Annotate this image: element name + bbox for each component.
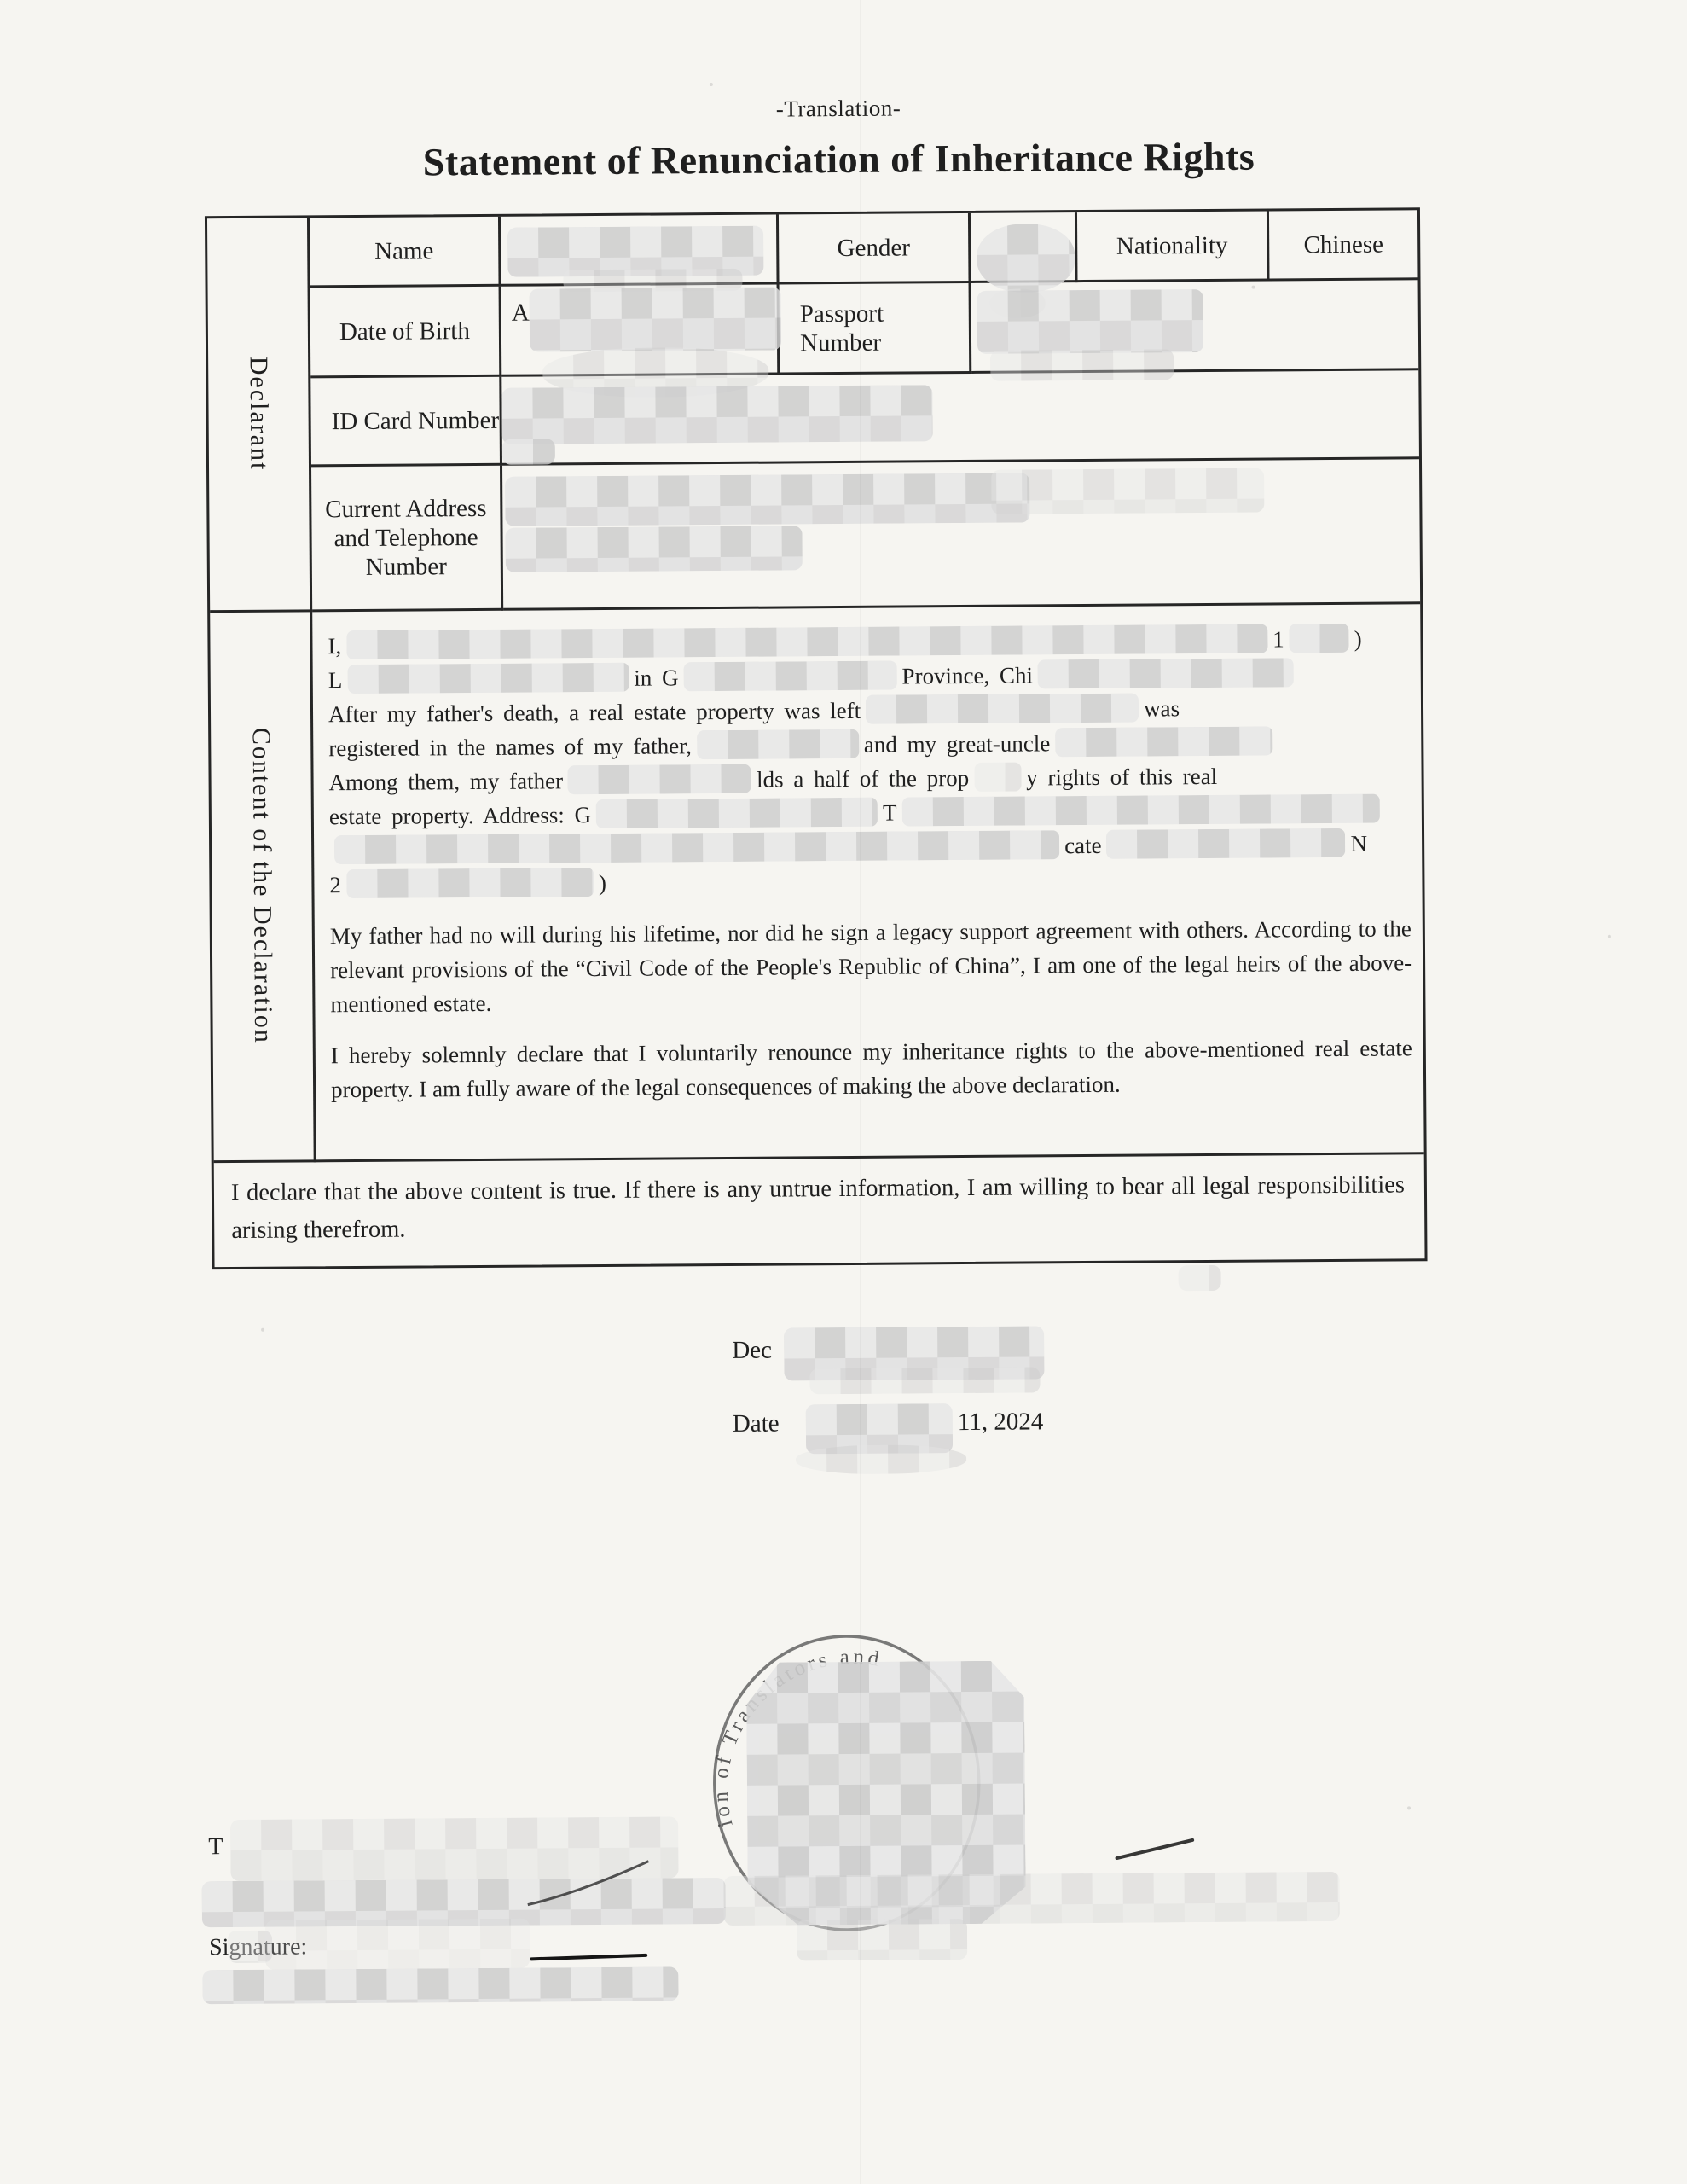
- redaction-inline: [901, 794, 1379, 827]
- content-line: 2): [329, 860, 1408, 902]
- content-text-fragment: Among them, my father: [328, 768, 563, 795]
- redaction-small-blob: [1179, 1265, 1221, 1291]
- content-text-fragment: ): [1354, 626, 1362, 652]
- redaction-inline: [1290, 624, 1349, 653]
- declarant-signoff-fragment: Dec: [732, 1337, 772, 1365]
- content-text-fragment: N: [1350, 831, 1367, 857]
- dob-visible-fragment: A: [512, 299, 530, 327]
- passport-label: Passport Number: [780, 283, 972, 375]
- redaction-inline: [866, 694, 1139, 724]
- content-paragraph-1: I,1)Lin GProvince, ChiAfter my father's …: [328, 621, 1408, 902]
- declarant-section-label: Declarant: [207, 218, 312, 613]
- redaction-inline: [1055, 726, 1272, 757]
- redaction-inline: [596, 798, 878, 828]
- redaction-dob: [530, 287, 782, 351]
- redaction-inline: [568, 764, 751, 795]
- gender-label: Gender: [779, 213, 971, 285]
- content-text-fragment: and my great-uncle: [864, 730, 1051, 758]
- redaction-inline: [697, 729, 859, 759]
- translator-line-fragment: T: [208, 1833, 223, 1861]
- content-text-fragment: T: [883, 800, 897, 826]
- redaction-inline: [1038, 658, 1294, 688]
- redaction-passport-tail: [990, 349, 1174, 381]
- date-value: 11, 2024: [958, 1408, 1044, 1437]
- redaction-date-tail: [796, 1444, 966, 1474]
- redaction-inline: [347, 663, 629, 694]
- redaction-gender: [977, 224, 1075, 293]
- content-paragraph-2: My father had no will during his lifetim…: [330, 911, 1412, 1021]
- redaction-inline: [1106, 828, 1345, 859]
- content-text-fragment: 1: [1272, 626, 1284, 652]
- nationality-label: Nationality: [1077, 211, 1270, 282]
- document-page: -Translation- Statement of Renunciation …: [0, 0, 1687, 2184]
- redaction-signature-veil: [265, 1919, 530, 1970]
- content-section-label: Content of the Declaration: [210, 612, 316, 1163]
- content-text-fragment: lds a half of the prop: [757, 765, 969, 793]
- content-text-fragment: I,: [328, 633, 341, 659]
- translation-marker: -Translation-: [0, 90, 1682, 128]
- redaction-address-line1: [505, 473, 1029, 526]
- document-title: Statement of Renunciation of Inheritance…: [0, 131, 1683, 188]
- content-text-fragment: 2: [329, 872, 341, 897]
- redaction-id-card: [501, 385, 932, 444]
- redaction-inline: [683, 661, 896, 692]
- address-label: Current Address and Telephone Number: [311, 466, 503, 613]
- declaration-content-cell: I,1)Lin GProvince, ChiAfter my father's …: [312, 604, 1423, 1162]
- id-card-label: ID Card Number: [310, 377, 502, 468]
- content-text-fragment: in G: [634, 665, 678, 690]
- redaction-passport: [977, 289, 1204, 354]
- content-text-fragment: L: [328, 667, 343, 693]
- redaction-inline: [346, 868, 594, 898]
- declaration-form-table: Declarant Content of the Declaration Nam…: [205, 207, 1428, 1269]
- name-label: Name: [310, 217, 501, 288]
- content-text-fragment: was: [1144, 695, 1180, 721]
- content-text-fragment: cate: [1064, 833, 1102, 858]
- content-text-fragment: y rights of this real: [1026, 764, 1217, 791]
- scan-speck: [1407, 1806, 1411, 1809]
- redaction-inline: [334, 830, 1059, 864]
- scan-speck: [1608, 935, 1611, 938]
- redaction-declarant-name-tail: [809, 1367, 1040, 1394]
- content-text-fragment: registered in the names of my father,: [328, 733, 692, 761]
- truth-declaration-text: I declare that the above content is true…: [231, 1166, 1406, 1250]
- nationality-value: Chinese: [1269, 210, 1418, 281]
- redaction-inline: [346, 624, 1267, 660]
- redaction-right-bar: [724, 1872, 1340, 1926]
- redaction-signature-name: [202, 1966, 678, 2004]
- scan-speck: [1252, 286, 1255, 289]
- redaction-stamp-tail: [797, 1919, 967, 1960]
- scan-speck: [710, 83, 713, 86]
- signature-swoosh: [520, 1855, 657, 1915]
- content-text-fragment: After my father's death, a real estate p…: [328, 698, 861, 727]
- truth-declaration-row: I declare that the above content is true…: [214, 1154, 1425, 1267]
- scan-speck: [261, 1328, 264, 1332]
- content-text-fragment: Province, Chi: [901, 662, 1033, 688]
- redaction-address-line2: [506, 526, 803, 572]
- dob-label: Date of Birth: [310, 287, 502, 379]
- redaction-id-card-tail: [502, 439, 555, 464]
- content-text-fragment: estate property. Address: G: [329, 802, 591, 829]
- content-text-fragment: ): [599, 870, 606, 896]
- content-paragraph-3: I hereby solemnly declare that I volunta…: [331, 1031, 1413, 1107]
- date-label: Date: [733, 1410, 780, 1438]
- pen-stroke: [1115, 1838, 1194, 1861]
- signature-line: [530, 1954, 647, 1961]
- redaction-address-line1-right: [991, 468, 1264, 514]
- redaction-inline: [974, 763, 1021, 792]
